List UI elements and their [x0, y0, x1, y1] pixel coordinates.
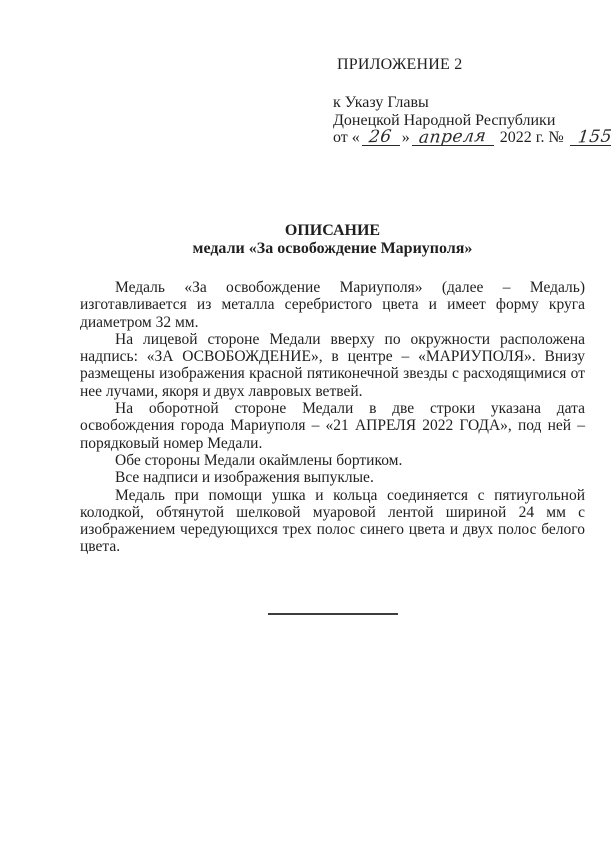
body-paragraph: Медаль «За освобождение Мариуполя» (дале…: [80, 279, 585, 331]
date-year-label: 2022 г. №: [500, 129, 564, 146]
date-month-blank: апреля: [412, 130, 494, 146]
document-page: ПРИЛОЖЕНИЕ 2 к Указу Главы Донецкой Наро…: [0, 0, 611, 868]
handwritten-month: апреля: [418, 129, 487, 145]
body-paragraph: Все надписи и изображения выпуклые.: [80, 469, 585, 486]
handwritten-number: 155: [577, 130, 611, 145]
document-body: Медаль «За освобождение Мариуполя» (дале…: [80, 279, 585, 556]
handwritten-day: 26: [369, 130, 393, 145]
body-paragraph: Медаль при помощи ушка и кольца соединяе…: [80, 487, 585, 556]
body-paragraph: На оборотной стороне Медали в две строки…: [80, 400, 585, 452]
date-prefix: от «: [333, 129, 360, 146]
document-title: ОПИСАНИЕ медали «За освобождение Мариупо…: [80, 222, 585, 259]
document-title-line2: медали «За освобождение Мариуполя»: [80, 240, 585, 258]
body-paragraph: На лицевой стороне Медали вверху по окру…: [80, 331, 585, 400]
date-close-quote: »: [402, 129, 410, 146]
decree-date-line: от «26»апреля 2022 г. № 155: [333, 129, 611, 147]
body-paragraph: Обе стороны Медали окаймлены бортиком.: [80, 452, 585, 469]
appendix-label: ПРИЛОЖЕНИЕ 2: [337, 56, 462, 74]
decree-reference-block: к Указу Главы Донецкой Народной Республи…: [333, 94, 611, 147]
reference-line-1: к Указу Главы: [333, 94, 611, 112]
date-number-blank: 155: [570, 130, 611, 146]
signature-line: [268, 613, 398, 615]
date-day-blank: 26: [362, 130, 400, 146]
document-title-line1: ОПИСАНИЕ: [80, 222, 585, 240]
